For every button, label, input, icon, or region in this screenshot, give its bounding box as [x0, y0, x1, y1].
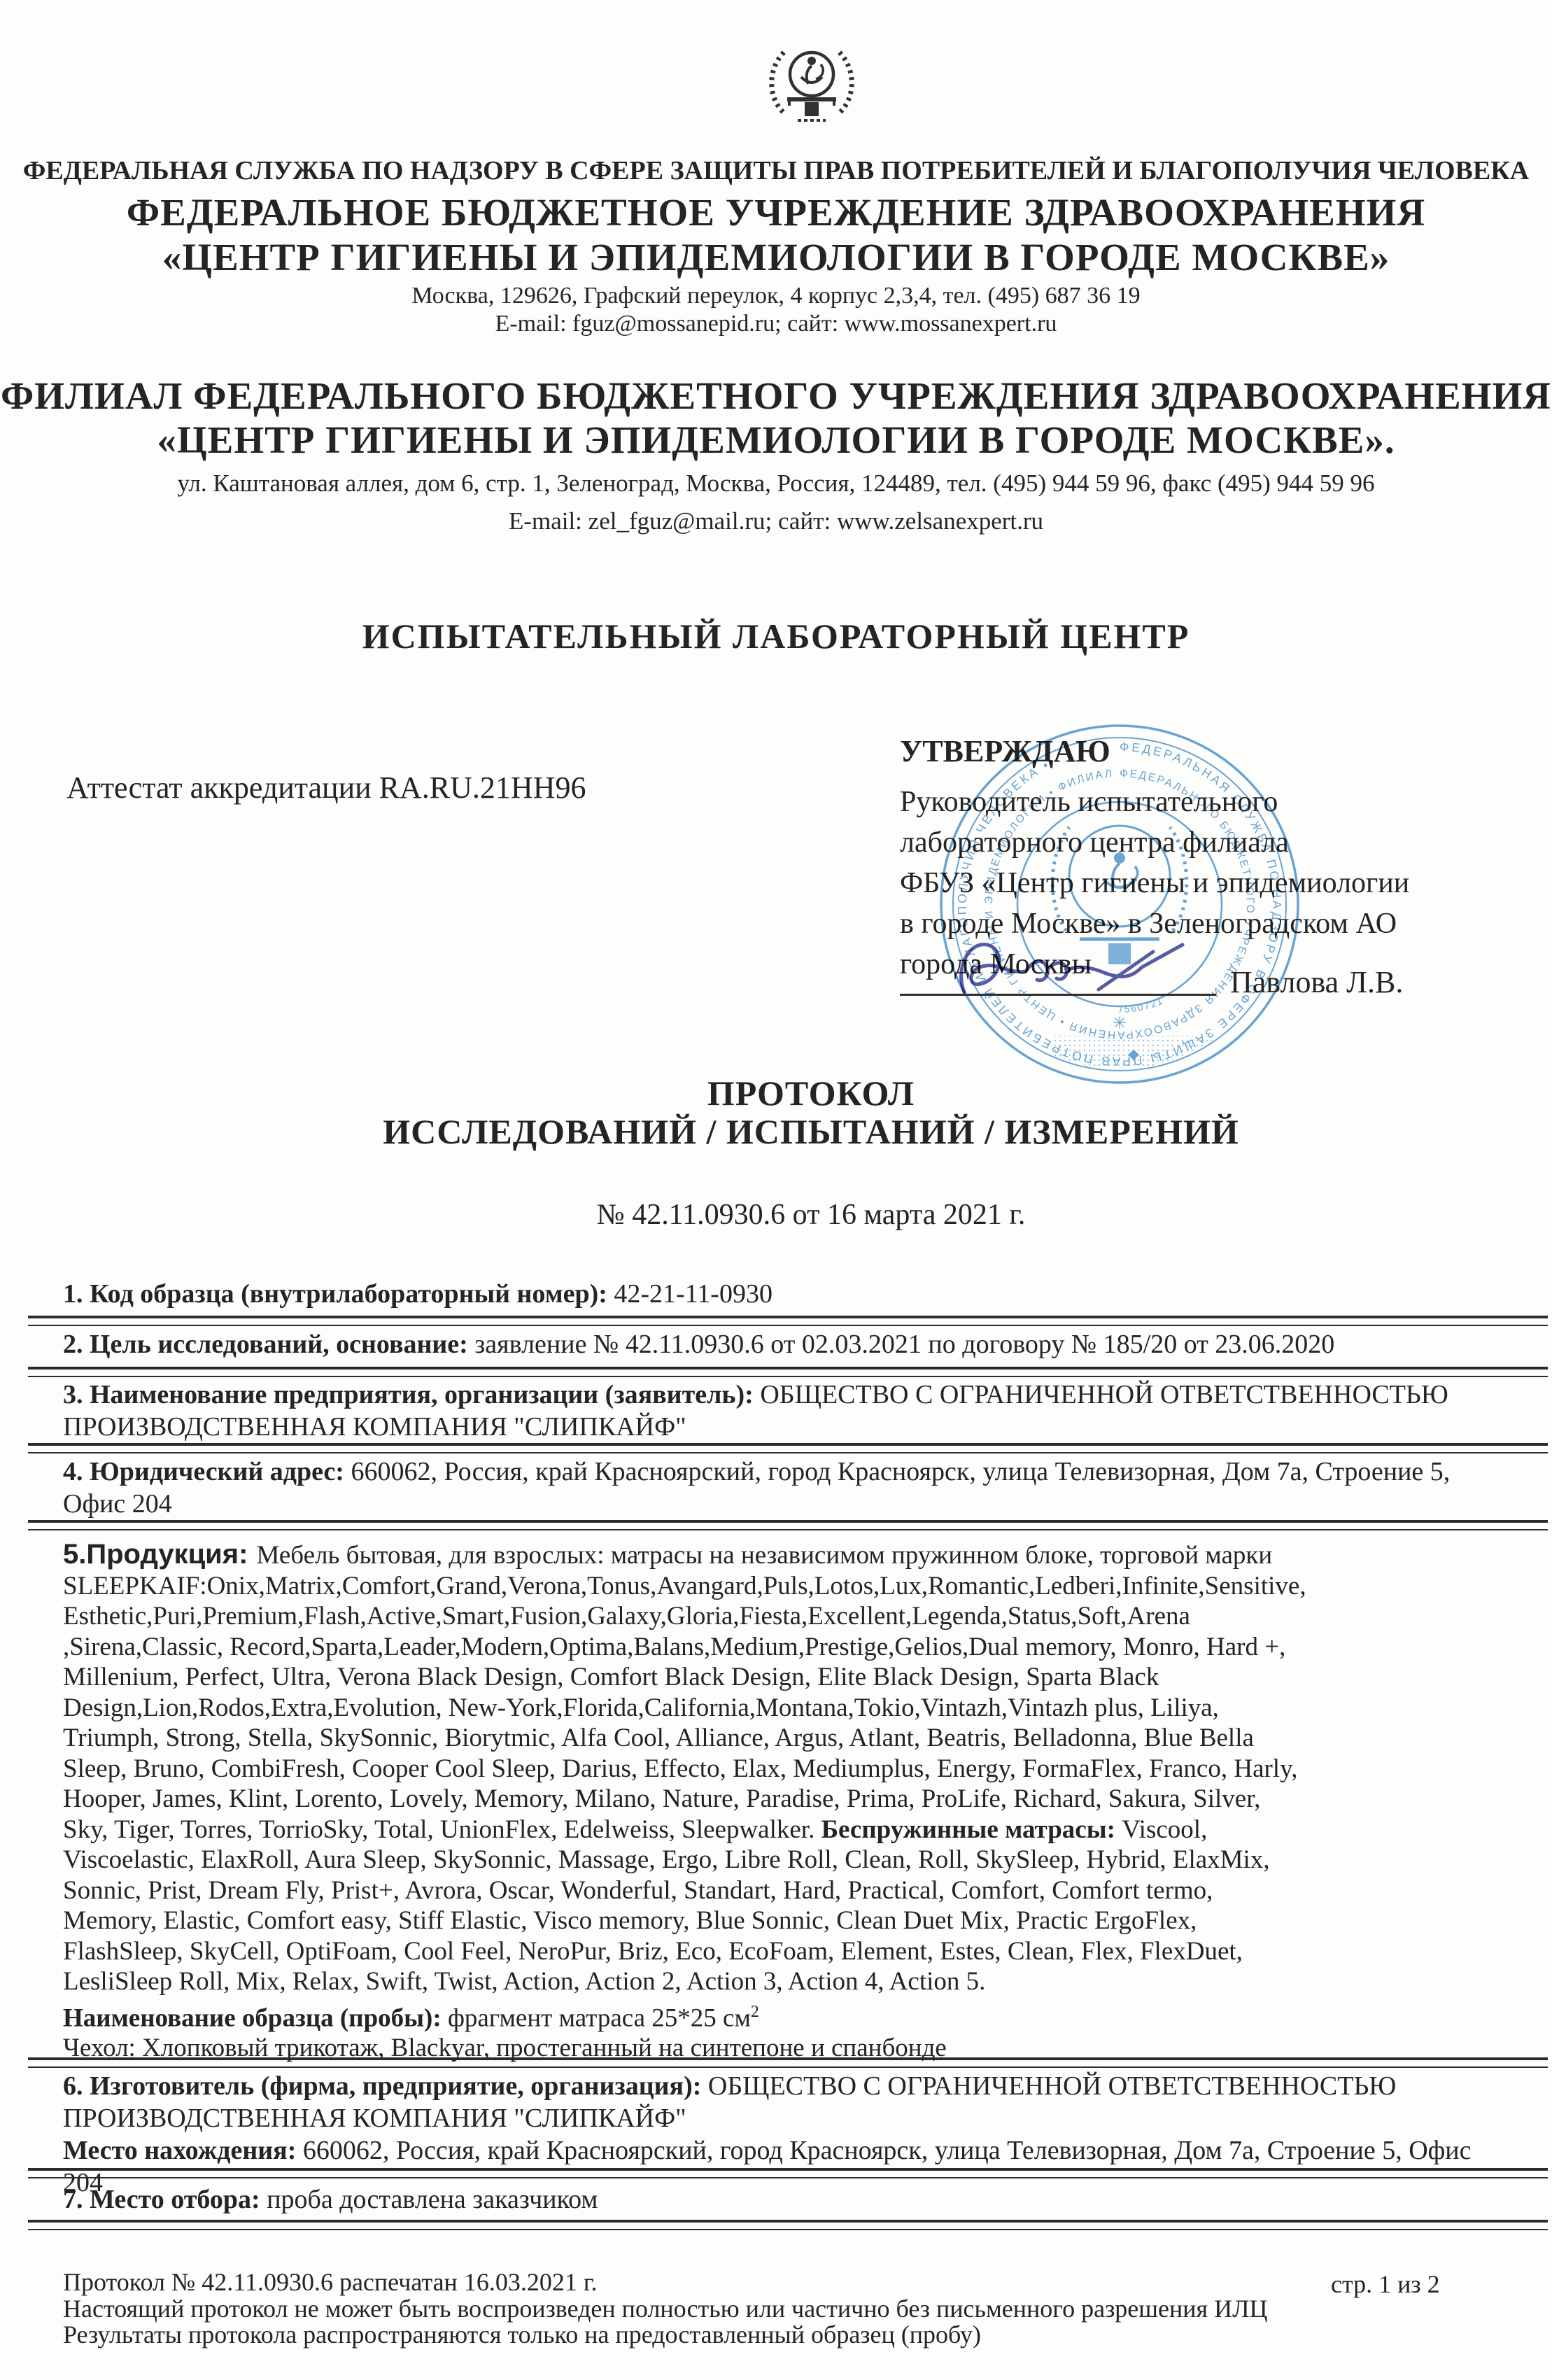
org-name-line1: ФЕДЕРАЛЬНОЕ БЮДЖЕТНОЕ УЧРЕЖДЕНИЕ ЗДРАВОО… [0, 190, 1552, 234]
branch-contacts: E-mail: zel_fguz@mail.ru; сайт: www.zels… [0, 507, 1552, 535]
divider-rule [28, 1367, 1548, 1377]
signer-name: Павлова Л.В. [1230, 964, 1403, 1000]
production-line: Hooper, James, Klint, Lorento, Lovely, M… [63, 1784, 1532, 1815]
item-sample-code-label: 1. Код образца (внутрилабораторный номер… [63, 1279, 607, 1309]
production-line: Design,Lion,Rodos,Extra,Evolution, New-Y… [63, 1693, 1532, 1724]
production-line: LesliSleep Roll, Mix, Relax, Swift, Twis… [63, 1966, 1532, 1997]
item-sampling-place-value: проба доставлена заказчиком [267, 2185, 598, 2214]
item-sampling-place: 7. Место отбора: проба доставлена заказч… [63, 2183, 1494, 2216]
item-legal-address-label: 4. Юридический адрес: [63, 1457, 344, 1486]
production-line: Viscoelastic, ElaxRoll, Aura Sleep, SkyS… [63, 1845, 1532, 1875]
branch-name-line1: ФИЛИАЛ ФЕДЕРАЛЬНОГО БЮДЖЕТНОГО УЧРЕЖДЕНИ… [0, 374, 1552, 418]
branch-name-line2: «ЦЕНТР ГИГИЕНЫ И ЭПИДЕМИОЛОГИИ В ГОРОДЕ … [0, 418, 1552, 462]
divider-rule [28, 2057, 1548, 2068]
item-manufacturer: 6. Изготовитель (фирма, предприятие, орг… [63, 2070, 1494, 2199]
springless-mattress-label: Беспружинные матрасы: [821, 1815, 1115, 1844]
footer-results-note: Результаты протокола распространяются то… [63, 2320, 981, 2349]
footer-protocol-printed: Протокол № 42.11.0930.6 распечатан 16.03… [63, 2267, 598, 2297]
item-applicant: 3. Наименование предприятия, организации… [63, 1379, 1494, 1443]
production-line: Sky, Tiger, Torres, TorrioSky, Total, Un… [63, 1815, 1532, 1845]
protocol-number: № 42.11.0930.6 от 16 марта 2021 г. [70, 1198, 1552, 1232]
production-line: Sonnic, Prist, Dream Fly, Prist+, Avrora… [63, 1875, 1532, 1906]
accreditation-certificate: Аттестат аккредитации RA.RU.21НН96 [66, 770, 586, 805]
manufacturer-location-label: Место нахождения: [63, 2136, 296, 2165]
production-line: Triumph, Strong, Stella, SkySonnic, Bior… [63, 1723, 1532, 1754]
production-line: ,Sirena,Classic, Record,Sparta,Leader,Mo… [63, 1632, 1532, 1663]
production-line: SLEEPKAIF:Onix,Matrix,Comfort,Grand,Vero… [63, 1571, 1532, 1602]
production-line: Esthetic,Puri,Premium,Flash,Active,Smart… [63, 1601, 1532, 1632]
branch-address: ул. Каштановая аллея, дом 6, стр. 1, Зел… [0, 470, 1552, 498]
sample-name-line: Наименование образца (пробы): фрагмент м… [63, 1997, 1532, 2034]
protocol-title-line2: ИССЛЕДОВАНИЙ / ИСПЫТАНИЙ / ИЗМЕРЕНИЙ [70, 1111, 1552, 1152]
lab-center-title: ИСПЫТАТЕЛЬНЫЙ ЛАБОРАТОРНЫЙ ЦЕНТР [0, 616, 1552, 656]
item-production-label: 5.Продукция: [63, 1539, 248, 1570]
item-applicant-label: 3. Наименование предприятия, организации… [63, 1380, 754, 1409]
item-production: 5.Продукция:Мебель бытовая, для взрослых… [63, 1540, 1532, 2064]
org-address: Москва, 129626, Графский переулок, 4 кор… [0, 283, 1552, 309]
divider-rule [28, 1520, 1548, 1530]
hygieia-medical-emblem-icon [766, 41, 857, 126]
federal-service-name: ФЕДЕРАЛЬНАЯ СЛУЖБА ПО НАДЗОРУ В СФЕРЕ ЗА… [0, 155, 1552, 186]
divider-rule [28, 2168, 1548, 2178]
protocol-document-page: ФЕДЕРАЛЬНАЯ СЛУЖБА ПО НАДЗОРУ В СФЕРЕ ЗА… [0, 0, 1552, 2380]
item-purpose: 2. Цель исследований, основание: заявлен… [63, 1328, 1494, 1360]
production-line: Millenium, Perfect, Ultra, Verona Black … [63, 1662, 1532, 1693]
production-line: Sleep, Bruno, CombiFresh, Cooper Cool Sl… [63, 1754, 1532, 1784]
item-sample-code-value: 42-21-11-0930 [614, 1279, 773, 1309]
item-legal-address: 4. Юридический адрес: 660062, Россия, кр… [63, 1456, 1494, 1520]
production-line: FlashSleep, SkyCell, OptiFoam, Cool Feel… [63, 1936, 1532, 1967]
divider-rule [28, 1443, 1548, 1453]
item-purpose-label: 2. Цель исследований, основание: [63, 1330, 468, 1359]
production-line: 5.Продукция:Мебель бытовая, для взрослых… [63, 1540, 1532, 1571]
round-blue-stamp: ФЕДЕРАЛЬНАЯ СЛУЖБА ПО НАДЗОРУ В СФЕРЕ ЗА… [936, 721, 1303, 1087]
divider-rule [28, 2220, 1548, 2230]
square-cm-superscript: 2 [751, 2003, 759, 2021]
sample-name-label: Наименование образца (пробы): [63, 2004, 442, 2032]
divider-rule [28, 1316, 1548, 1326]
org-name-line2: «ЦЕНТР ГИГИЕНЫ И ЭПИДЕМИОЛОГИИ В ГОРОДЕ … [0, 235, 1552, 279]
item-sample-code: 1. Код образца (внутрилабораторный номер… [63, 1278, 1494, 1310]
footer-reproduction-note: Настоящий протокол не может быть воспрои… [63, 2294, 1267, 2323]
org-contacts: E-mail: fguz@mossanepid.ru; сайт: www.mo… [0, 311, 1552, 337]
item-purpose-value: заявление № 42.11.0930.6 от 02.03.2021 п… [474, 1330, 1334, 1359]
stamp-star: ✳ [1113, 1014, 1127, 1033]
item-sampling-place-label: 7. Место отбора: [63, 2185, 260, 2214]
signature-line [900, 994, 1216, 996]
footer-page-number: стр. 1 из 2 [1331, 2269, 1440, 2299]
protocol-title-line1: ПРОТОКОЛ [70, 1073, 1552, 1113]
handwritten-signature [949, 936, 1222, 1006]
production-line: Memory, Elastic, Comfort easy, Stiff Ela… [63, 1906, 1532, 1936]
item-manufacturer-label: 6. Изготовитель (фирма, предприятие, орг… [63, 2071, 701, 2101]
